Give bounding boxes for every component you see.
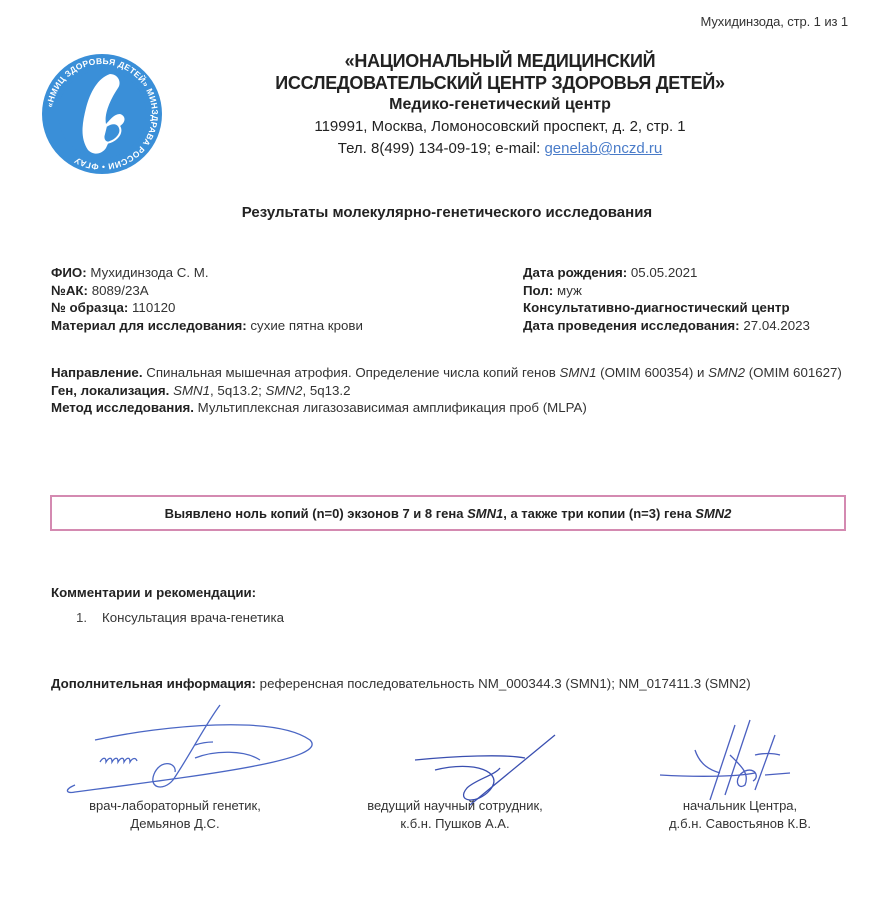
patient-name-row: ФИО: Мухидинзода С. М. [51, 264, 363, 282]
study-details: Направление. Спинальная мышечная атрофия… [51, 364, 851, 417]
direction-row: Направление. Спинальная мышечная атрофия… [51, 364, 851, 382]
signer-role: ведущий научный сотрудник, [340, 797, 570, 815]
phone-text: Тел. 8(499) 134-09-19; e-mail: [338, 140, 545, 157]
hand-circle-logo-icon: «НМИЦ ЗДОРОВЬЯ ДЕТЕЙ» МИНЗДРАВА РОССИИ •… [40, 52, 164, 176]
birth-date: 05.05.2021 [631, 265, 698, 280]
material-row: Материал для исследования: сухие пятна к… [51, 317, 363, 335]
document-title: Результаты молекулярно-генетического исс… [0, 204, 894, 221]
sample-number-row: № образца: 110120 [51, 299, 363, 317]
sex-row: Пол: муж [523, 282, 810, 300]
study-date: 27.04.2023 [743, 318, 810, 333]
referring-center-row: Консультативно-диагностический центр [523, 299, 810, 317]
patient-name: Мухидинзода С. М. [90, 265, 208, 280]
birth-date-row: Дата рождения: 05.05.2021 [523, 264, 810, 282]
signature-1-caption: врач-лабораторный генетик, Демьянов Д.С. [60, 797, 290, 833]
org-name-line2: ИССЛЕДОВАТЕЛЬСКИЙ ЦЕНТР ЗДОРОВЬЯ ДЕТЕЙ» [160, 72, 840, 94]
org-name-line1: «НАЦИОНАЛЬНЫЙ МЕДИЦИНСКИЙ [160, 50, 840, 72]
gene-row: Ген, локализация. SMN1, 5q13.2; SMN2, 5q… [51, 382, 851, 400]
sample-number: 110120 [132, 300, 175, 315]
patient-info-right: Дата рождения: 05.05.2021 Пол: муж Консу… [523, 264, 810, 334]
additional-info: Дополнительная информация: референсная п… [51, 676, 751, 691]
material: сухие пятна крови [250, 318, 363, 333]
comments-list: 1.Консультация врача-генетика [76, 610, 284, 625]
case-number: 8089/23А [92, 283, 149, 298]
email-link[interactable]: genelab@nczd.ru [544, 140, 662, 157]
institution-header: «НАЦИОНАЛЬНЫЙ МЕДИЦИНСКИЙ ИССЛЕДОВАТЕЛЬС… [160, 50, 840, 160]
result-summary-box: Выявлено ноль копий (n=0) экзонов 7 и 8 … [50, 495, 846, 531]
result-summary: Выявлено ноль копий (n=0) экзонов 7 и 8 … [165, 506, 732, 521]
signature-3-icon [655, 715, 825, 805]
patient-info-left: ФИО: Мухидинзода С. М. №АК: 8089/23А № о… [51, 264, 363, 334]
signature-3-caption: начальник Центра, д.б.н. Савостьянов К.В… [630, 797, 850, 833]
comments-title: Комментарии и рекомендации: [51, 585, 256, 600]
signature-1-icon [55, 700, 325, 800]
sex: муж [557, 283, 582, 298]
department-name: Медико-генетический центр [160, 94, 840, 116]
signer-name: к.б.н. Пушков А.А. [340, 815, 570, 833]
study-date-row: Дата проведения исследования: 27.04.2023 [523, 317, 810, 335]
signer-role: начальник Центра, [630, 797, 850, 815]
case-number-row: №АК: 8089/23А [51, 282, 363, 300]
signer-role: врач-лабораторный генетик, [60, 797, 290, 815]
method-row: Метод исследования. Мультиплексная лигаз… [51, 399, 851, 417]
page-reference: Мухидинзода, стр. 1 из 1 [701, 14, 848, 29]
contacts: Тел. 8(499) 134-09-19; e-mail: genelab@n… [160, 138, 840, 160]
signature-2-caption: ведущий научный сотрудник, к.б.н. Пушков… [340, 797, 570, 833]
signer-name: д.б.н. Савостьянов К.В. [630, 815, 850, 833]
signer-name: Демьянов Д.С. [60, 815, 290, 833]
list-item: 1.Консультация врача-генетика [76, 610, 284, 625]
address: 119991, Москва, Ломоносовский проспект, … [160, 116, 840, 138]
